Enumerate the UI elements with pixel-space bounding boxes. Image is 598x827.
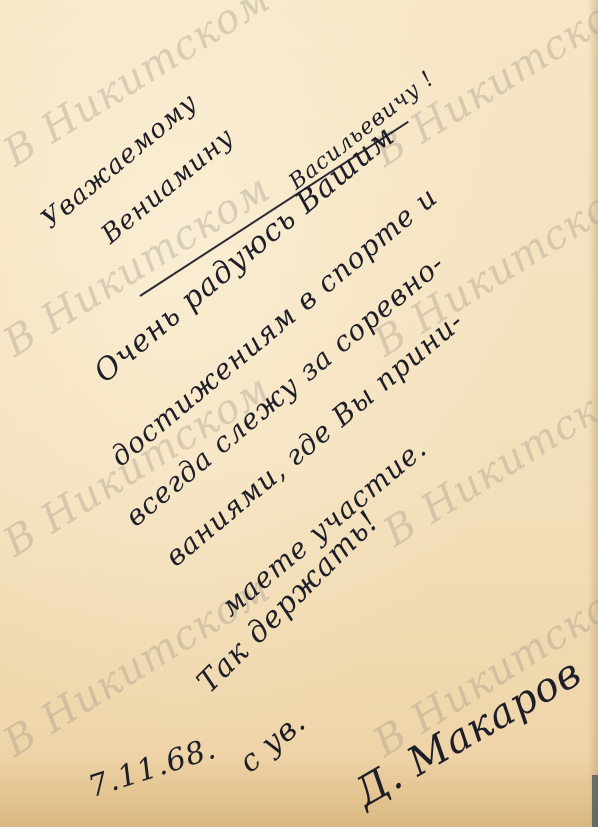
autograph-page: В Никитском В Никитском В Никитском В Ни… (0, 0, 598, 827)
watermark: В Никитском (366, 165, 598, 366)
body-line-3: всегда слежу за соревно- (119, 247, 451, 533)
paper-stain (0, 757, 598, 827)
watermark: В Никитском (0, 365, 279, 566)
paper-edge-dark (592, 775, 598, 827)
